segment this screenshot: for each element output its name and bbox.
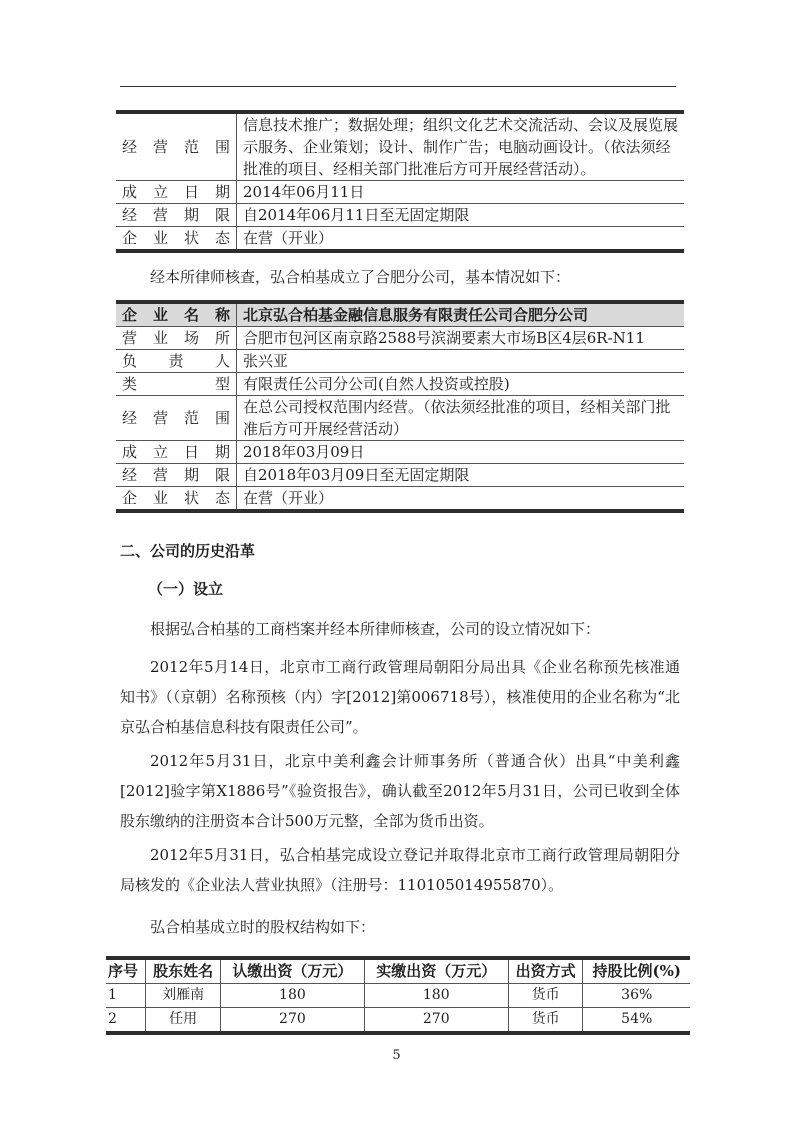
table-row: 经营期限 自2014年06月11日至无固定期限 — [116, 204, 684, 227]
table-row: 负责人 张兴亚 — [116, 350, 684, 373]
row-label: 营业场所 — [116, 327, 237, 350]
row-label: 成立日期 — [116, 181, 237, 204]
col-header: 股东姓名 — [146, 958, 221, 984]
paragraph: 2012年5月14日，北京市工商行政管理局朝阳分局出具《企业名称预先核准通知书》… — [120, 652, 680, 742]
subsection-heading: （一）设立 — [148, 578, 223, 599]
row-value: 信息技术推广；数据处理；组织文化艺术交流活动、会议及展览展示服务、企业策划；设计… — [237, 112, 685, 181]
row-value: 有限责任公司分公司(自然人投资或控股) — [237, 373, 685, 396]
table-header-row: 序号 股东姓名 认缴出资（万元） 实缴出资（万元） 出资方式 持股比例(%) — [106, 958, 690, 984]
cell: 货币 — [508, 1008, 583, 1034]
section-heading: 二、公司的历史沿革 — [120, 540, 255, 561]
row-value: 合肥市包河区南京路2588号滨湖要素大市场B区4层6R-N11 — [237, 327, 685, 350]
table-row: 企业状态 在营（开业） — [116, 487, 684, 512]
row-value: 自2014年06月11日至无固定期限 — [237, 204, 685, 227]
row-value: 在总公司授权范围内经营。（依法须经批准的项目，经相关部门批准后方可开展经营活动） — [237, 396, 685, 441]
table-row: 经营范围 信息技术推广；数据处理；组织文化艺术交流活动、会议及展览展示服务、企业… — [116, 112, 684, 181]
paragraph: 弘合柏基成立时的股权结构如下： — [120, 912, 680, 942]
row-label: 经营范围 — [116, 112, 237, 181]
cell: 180 — [364, 984, 508, 1008]
cell: 2 — [106, 1008, 146, 1034]
branch-info-table: 企业名称 北京弘合柏基金融信息服务有限责任公司合肥分公司 营业场所 合肥市包河区… — [116, 300, 684, 513]
table-header-row: 企业名称 北京弘合柏基金融信息服务有限责任公司合肥分公司 — [116, 302, 684, 327]
table-row: 营业场所 合肥市包河区南京路2588号滨湖要素大市场B区4层6R-N11 — [116, 327, 684, 350]
row-label: 经营期限 — [116, 204, 237, 227]
paragraph: 2012年5月31日，弘合柏基完成设立登记并取得北京市工商行政管理局朝阳分局核发… — [120, 840, 680, 900]
cell: 180 — [221, 984, 365, 1008]
row-label: 企业状态 — [116, 227, 237, 252]
company-info-table-continued: 经营范围 信息技术推广；数据处理；组织文化艺术交流活动、会议及展览展示服务、企业… — [116, 110, 684, 253]
cell: 270 — [221, 1008, 365, 1034]
row-label: 经营期限 — [116, 464, 237, 487]
cell: 任用 — [146, 1008, 221, 1034]
row-value: 2018年03月09日 — [237, 441, 685, 464]
cell: 270 — [364, 1008, 508, 1034]
row-value: 在营（开业） — [237, 227, 685, 252]
row-value: 2014年06月11日 — [237, 181, 685, 204]
cell: 36% — [583, 984, 690, 1008]
row-label: 企业名称 — [116, 302, 237, 327]
row-label: 企业状态 — [116, 487, 237, 512]
header-rule — [120, 86, 676, 87]
table-row: 1 刘雁南 180 180 货币 36% — [106, 984, 690, 1008]
branch-intro: 经本所律师核查，弘合柏基成立了合肥分公司，基本情况如下： — [120, 262, 680, 292]
row-value: 在营（开业） — [237, 487, 685, 512]
table-row: 经营期限 自2018年03月09日至无固定期限 — [116, 464, 684, 487]
table-row: 成立日期 2018年03月09日 — [116, 441, 684, 464]
row-label: 类型 — [116, 373, 237, 396]
row-value: 北京弘合柏基金融信息服务有限责任公司合肥分公司 — [237, 302, 685, 327]
row-label: 经营范围 — [116, 396, 237, 441]
table-row: 成立日期 2014年06月11日 — [116, 181, 684, 204]
cell: 1 — [106, 984, 146, 1008]
table-row: 类型 有限责任公司分公司(自然人投资或控股) — [116, 373, 684, 396]
row-label: 成立日期 — [116, 441, 237, 464]
paragraph: 2012年5月31日，北京中美利鑫会计师事务所（普通合伙）出具“中美利鑫[201… — [120, 746, 680, 836]
cell: 刘雁南 — [146, 984, 221, 1008]
page-number: 5 — [0, 1048, 793, 1063]
col-header: 实缴出资（万元） — [364, 958, 508, 984]
col-header: 出资方式 — [508, 958, 583, 984]
cell: 货币 — [508, 984, 583, 1008]
paragraph: 根据弘合柏基的工商档案并经本所律师核查，公司的设立情况如下： — [120, 614, 680, 644]
equity-structure-table: 序号 股东姓名 认缴出资（万元） 实缴出资（万元） 出资方式 持股比例(%) 1… — [106, 956, 690, 1035]
table-row: 企业状态 在营（开业） — [116, 227, 684, 252]
col-header: 序号 — [106, 958, 146, 984]
col-header: 认缴出资（万元） — [221, 958, 365, 984]
row-value: 张兴亚 — [237, 350, 685, 373]
cell: 54% — [583, 1008, 690, 1034]
table-row: 2 任用 270 270 货币 54% — [106, 1008, 690, 1034]
row-label: 负责人 — [116, 350, 237, 373]
table-row: 经营范围 在总公司授权范围内经营。（依法须经批准的项目，经相关部门批准后方可开展… — [116, 396, 684, 441]
row-value: 自2018年03月09日至无固定期限 — [237, 464, 685, 487]
col-header: 持股比例(%) — [583, 958, 690, 984]
